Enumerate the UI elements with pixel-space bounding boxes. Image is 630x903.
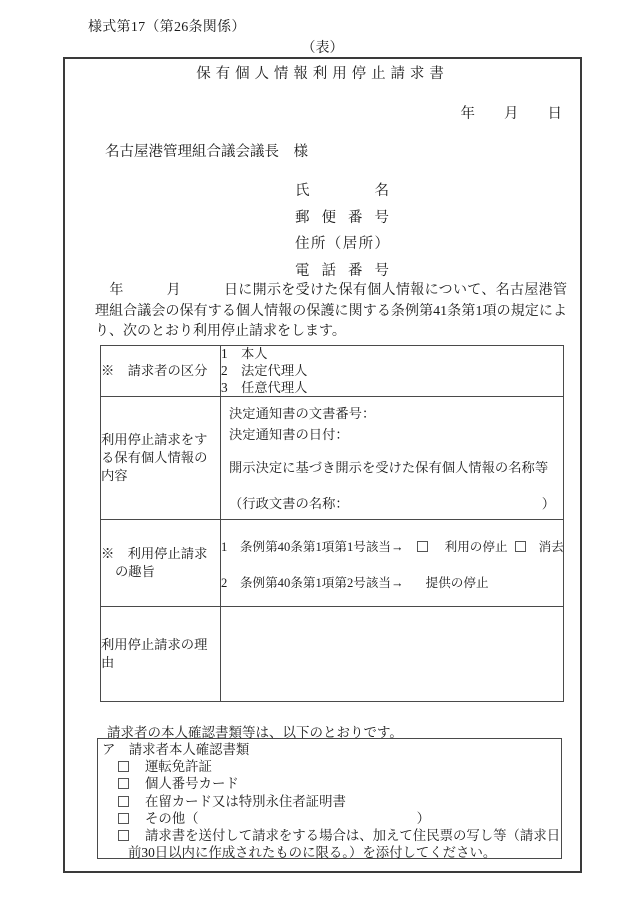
purpose-item-1: 1 条例第40条第1項第1号該当→利用の停止消去	[221, 536, 563, 555]
applicant-postal-row[interactable]: 郵便番号	[295, 206, 389, 233]
document-page: 様式第17（第26条関係） （表） 保有個人情報利用停止請求書 年 月 日 名古…	[0, 0, 630, 903]
request-reason-input-area[interactable]	[221, 607, 564, 702]
id-item-mail-request-note: 請求書を送付して請求をする場合は、加えて住民票の写し等（請求日前30日以内に作成…	[98, 827, 561, 861]
mail-request-note-label: 請求書を送付して請求をする場合は、加えて住民票の写し等（請求日前30日以内に作成…	[128, 828, 560, 860]
request-purpose-cell: 1 条例第40条第1項第1号該当→利用の停止消去 2 条例第40条第1項第2号該…	[221, 520, 564, 607]
checkbox-mail-request[interactable]	[118, 830, 129, 841]
id-item-drivers-license: 運転免許証	[98, 758, 561, 775]
request-reason-header: 利用停止請求の理由	[101, 607, 221, 702]
residence-card-label: 在留カード又は特別永住者証明書	[145, 794, 346, 809]
row-request-reason: 利用停止請求の理由	[101, 607, 564, 702]
id-verification-box: ア 請求者本人確認書類 運転免許証 個人番号カード 在留カード又は特別永住者証明…	[97, 738, 562, 859]
decision-doc-number-label[interactable]: 決定通知書の文書番号：	[229, 403, 555, 424]
form-title: 保有個人情報利用停止請求書	[65, 62, 580, 83]
front-side-label: （表）	[63, 37, 582, 57]
address-field-label: 住所（居所）	[295, 232, 389, 253]
information-content-header: 利用停止請求をする保有個人情報の内容	[101, 397, 221, 520]
checkbox-other[interactable]	[118, 813, 129, 824]
option-voluntary-representative[interactable]: 3 任意代理人	[221, 380, 563, 397]
erasure-label: 消去	[539, 540, 564, 554]
checkbox-erasure[interactable]	[515, 541, 526, 552]
request-reason-header-text: 利用停止請求の理由	[101, 637, 207, 670]
name-field-label: 氏名	[295, 179, 389, 200]
checkbox-residence-card[interactable]	[118, 796, 129, 807]
request-purpose-header-line1: ※ 利用停止請求	[101, 545, 220, 563]
id-item-my-number-card: 個人番号カード	[98, 775, 561, 792]
form-outer-border: 保有個人情報利用停止請求書 年 月 日 名古屋港管理組合議会議長 様 氏名 郵便…	[63, 57, 582, 873]
requester-category-header-text: ※ 請求者の区分	[101, 363, 207, 378]
request-purpose-header: ※ 利用停止請求 の趣旨	[101, 520, 221, 607]
decision-doc-date-label[interactable]: 決定通知書の日付：	[229, 424, 555, 445]
info-fill-space[interactable]	[229, 478, 555, 495]
other-label: その他（	[145, 811, 199, 826]
id-box-heading: ア 請求者本人確認書類	[98, 741, 561, 758]
checkbox-drivers-license[interactable]	[118, 761, 129, 772]
option-self[interactable]: 1 本人	[221, 346, 563, 363]
checkbox-my-number-card[interactable]	[118, 778, 129, 789]
admin-doc-name-close: ）	[542, 495, 555, 513]
information-content-cell: 決定通知書の文書番号： 決定通知書の日付： 開示決定に基づき開示を受けた保有個人…	[221, 397, 564, 520]
purpose-item-1-prefix: 1 条例第40条第1項第1号該当→	[221, 540, 404, 554]
row-requester-category: ※ 請求者の区分 1 本人 2 法定代理人 3 任意代理人	[101, 346, 564, 397]
disclosed-info-name-label: 開示決定に基づき開示を受けた保有個人情報の名称等	[229, 457, 555, 478]
request-detail-table: ※ 請求者の区分 1 本人 2 法定代理人 3 任意代理人 利用停止請求をする保…	[100, 345, 564, 702]
checkbox-stop-of-use[interactable]	[417, 541, 428, 552]
stop-of-provision-label: 提供の停止	[426, 576, 489, 590]
row-information-content: 利用停止請求をする保有個人情報の内容 決定通知書の文書番号： 決定通知書の日付：…	[101, 397, 564, 520]
addressee-line: 名古屋港管理組合議会議長 様	[105, 140, 308, 161]
my-number-card-label: 個人番号カード	[145, 776, 239, 791]
other-close-paren: ）	[417, 811, 430, 826]
admin-doc-name-open: （行政文書の名称：	[229, 495, 349, 513]
row-request-purpose: ※ 利用停止請求 の趣旨 1 条例第40条第1項第1号該当→利用の停止消去 2 …	[101, 520, 564, 607]
phone-field-label: 電話番号	[295, 259, 389, 280]
purpose-item-2-prefix: 2 条例第40条第1項第2号該当→	[221, 576, 404, 590]
applicant-address-row[interactable]: 住所（居所）	[295, 232, 389, 259]
style-number: 様式第17（第26条関係）	[88, 16, 246, 36]
request-purpose-header-line2: の趣旨	[101, 563, 220, 581]
request-statement: 年 月 日に開示を受けた保有個人情報について、名古屋港管理組合議会の保有する個人…	[95, 281, 567, 343]
applicant-name-row[interactable]: 氏名	[295, 179, 389, 206]
drivers-license-label: 運転免許証	[145, 759, 212, 774]
option-legal-representative[interactable]: 2 法定代理人	[221, 363, 563, 380]
date-fill-line[interactable]: 年 月 日	[461, 102, 563, 123]
id-item-other: その他（）	[98, 810, 561, 827]
admin-doc-name-line[interactable]: （行政文書の名称： ）	[229, 495, 555, 513]
purpose-item-2: 2 条例第40条第1項第2号該当→提供の停止	[221, 572, 563, 591]
requester-category-header: ※ 請求者の区分	[101, 346, 221, 397]
requester-category-options: 1 本人 2 法定代理人 3 任意代理人	[221, 346, 564, 397]
id-item-residence-card: 在留カード又は特別永住者証明書	[98, 793, 561, 810]
postal-code-field-label: 郵便番号	[295, 206, 389, 227]
applicant-info-block: 氏名 郵便番号 住所（居所） 電話番号	[295, 179, 389, 285]
information-content-header-text: 利用停止請求をする保有個人情報の内容	[101, 432, 207, 483]
stop-of-use-label: 利用の停止	[445, 540, 508, 554]
